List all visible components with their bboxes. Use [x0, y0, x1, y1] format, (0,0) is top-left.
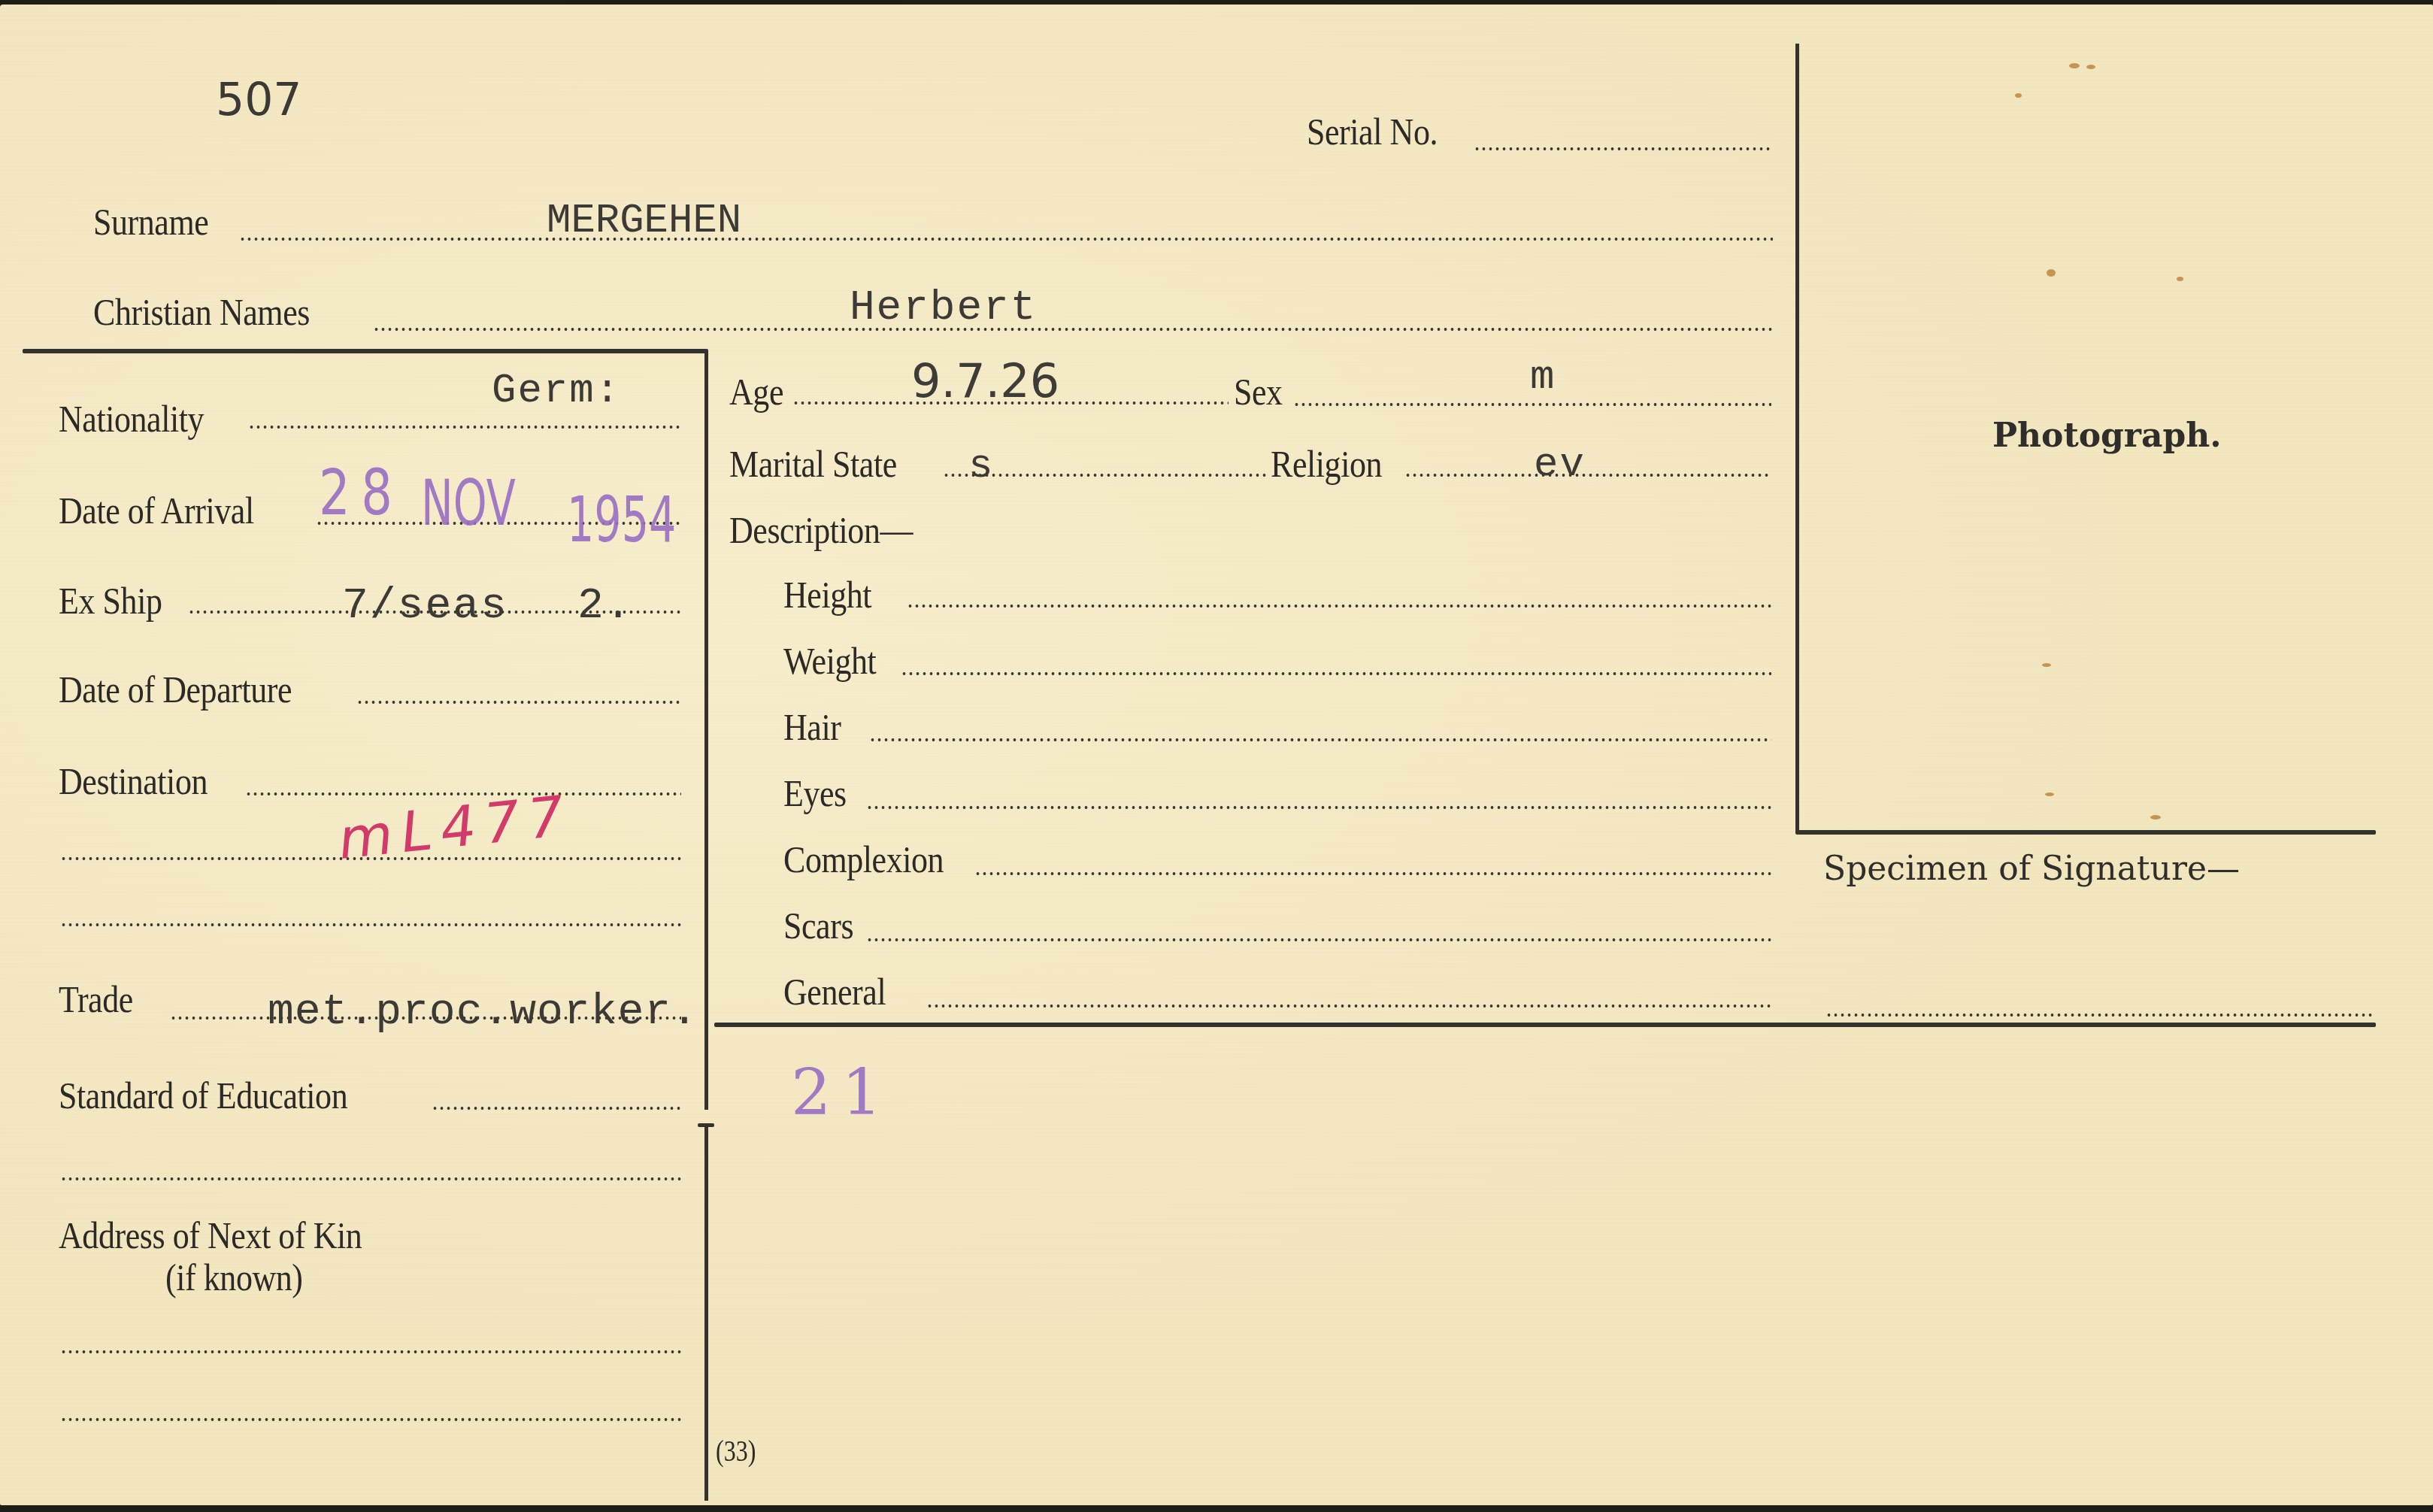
marital-state-label: Marital State — [729, 445, 897, 483]
eyes-field[interactable] — [866, 806, 1771, 809]
weight-label: Weight — [783, 642, 876, 680]
surname-field[interactable] — [239, 238, 1773, 241]
height-field[interactable] — [907, 604, 1771, 608]
description-bottom-border — [714, 1023, 2376, 1027]
scars-label: Scars — [783, 907, 853, 944]
weight-field[interactable] — [901, 672, 1771, 675]
hair-label: Hair — [783, 708, 841, 746]
religion-value: ev — [1534, 445, 1586, 486]
age-value: 9.7.26 — [911, 358, 1059, 405]
sex-label: Sex — [1234, 373, 1283, 411]
date-of-arrival-label: Date of Arrival — [59, 492, 254, 529]
height-label: Height — [783, 576, 871, 614]
left-box-top-border — [23, 349, 708, 353]
nationality-value: Germ: — [492, 371, 621, 412]
next-of-kin-sublabel: (if known) — [165, 1259, 303, 1296]
next-of-kin-field-line-1[interactable] — [60, 1350, 681, 1353]
stain-mark — [2045, 792, 2054, 796]
stamp-number: 21 — [791, 1056, 892, 1129]
form-number: (33) — [716, 1433, 756, 1468]
complexion-field[interactable] — [974, 872, 1771, 875]
hair-field[interactable] — [869, 738, 1771, 741]
education-field[interactable] — [432, 1107, 681, 1110]
complexion-label: Complexion — [783, 841, 944, 878]
sex-value: m — [1530, 358, 1556, 398]
next-of-kin-field-line-2[interactable] — [60, 1418, 681, 1421]
column-divider-upper — [704, 352, 708, 1110]
christian-names-field[interactable] — [373, 328, 1773, 331]
religion-field[interactable] — [1404, 474, 1771, 477]
general-label: General — [783, 973, 886, 1011]
education-field-line-2[interactable] — [60, 1177, 681, 1180]
stain-mark — [2150, 815, 2161, 820]
photo-box-left-border — [1795, 44, 1799, 833]
column-divider-lower — [704, 1125, 708, 1501]
christian-names-label: Christian Names — [93, 293, 310, 331]
stain-mark — [2047, 269, 2056, 277]
stain-mark — [2069, 63, 2080, 68]
destination-label: Destination — [59, 762, 208, 800]
age-label: Age — [729, 373, 783, 411]
immigration-record-card: 507 Serial No. Surname MERGEHEN Christia… — [0, 5, 2433, 1505]
photograph-area[interactable] — [1801, 48, 2373, 827]
divider-serif — [698, 1123, 714, 1127]
stain-mark — [2015, 93, 2022, 98]
trade-value: met.proc.worker. — [268, 991, 698, 1035]
stain-mark — [2086, 65, 2095, 69]
religion-label: Religion — [1271, 445, 1382, 483]
arrival-date-stamp-year: 1954 — [567, 483, 676, 556]
ex-ship-value: 7/seas — [342, 585, 508, 629]
next-of-kin-label: Address of Next of Kin — [59, 1217, 362, 1254]
photo-box-bottom-border — [1795, 830, 2376, 835]
marital-state-value: s — [968, 447, 994, 487]
general-field[interactable] — [926, 1004, 1771, 1007]
eyes-label: Eyes — [783, 774, 847, 812]
stain-mark — [2177, 277, 2183, 281]
serial-number-field[interactable] — [1474, 147, 1771, 150]
stain-mark — [2042, 663, 2051, 667]
ex-ship-value-2: 2. — [577, 585, 633, 629]
christian-names-value: Herbert — [850, 286, 1037, 329]
scars-field[interactable] — [866, 938, 1771, 941]
date-of-departure-field[interactable] — [356, 701, 681, 704]
nationality-field[interactable] — [248, 426, 681, 429]
signature-field[interactable] — [1826, 1014, 2373, 1017]
signature-label: Specimen of Signature— — [1823, 850, 2240, 888]
date-of-departure-label: Date of Departure — [59, 671, 292, 708]
surname-label: Surname — [93, 203, 208, 241]
destination-field-line-3[interactable] — [60, 923, 681, 926]
serial-number-label: Serial No. — [1307, 113, 1438, 150]
card-number: 507 — [216, 74, 302, 126]
nationality-label: Nationality — [59, 400, 204, 438]
arrival-date-stamp-day: 2 8 — [319, 456, 390, 529]
description-label: Description— — [729, 511, 913, 549]
trade-label: Trade — [59, 980, 133, 1018]
arrival-date-stamp-month: NOV — [421, 466, 516, 540]
sex-field[interactable] — [1293, 403, 1771, 406]
surname-value: MERGEHEN — [547, 201, 741, 242]
ex-ship-label: Ex Ship — [59, 582, 162, 620]
education-label: Standard of Education — [59, 1077, 347, 1114]
